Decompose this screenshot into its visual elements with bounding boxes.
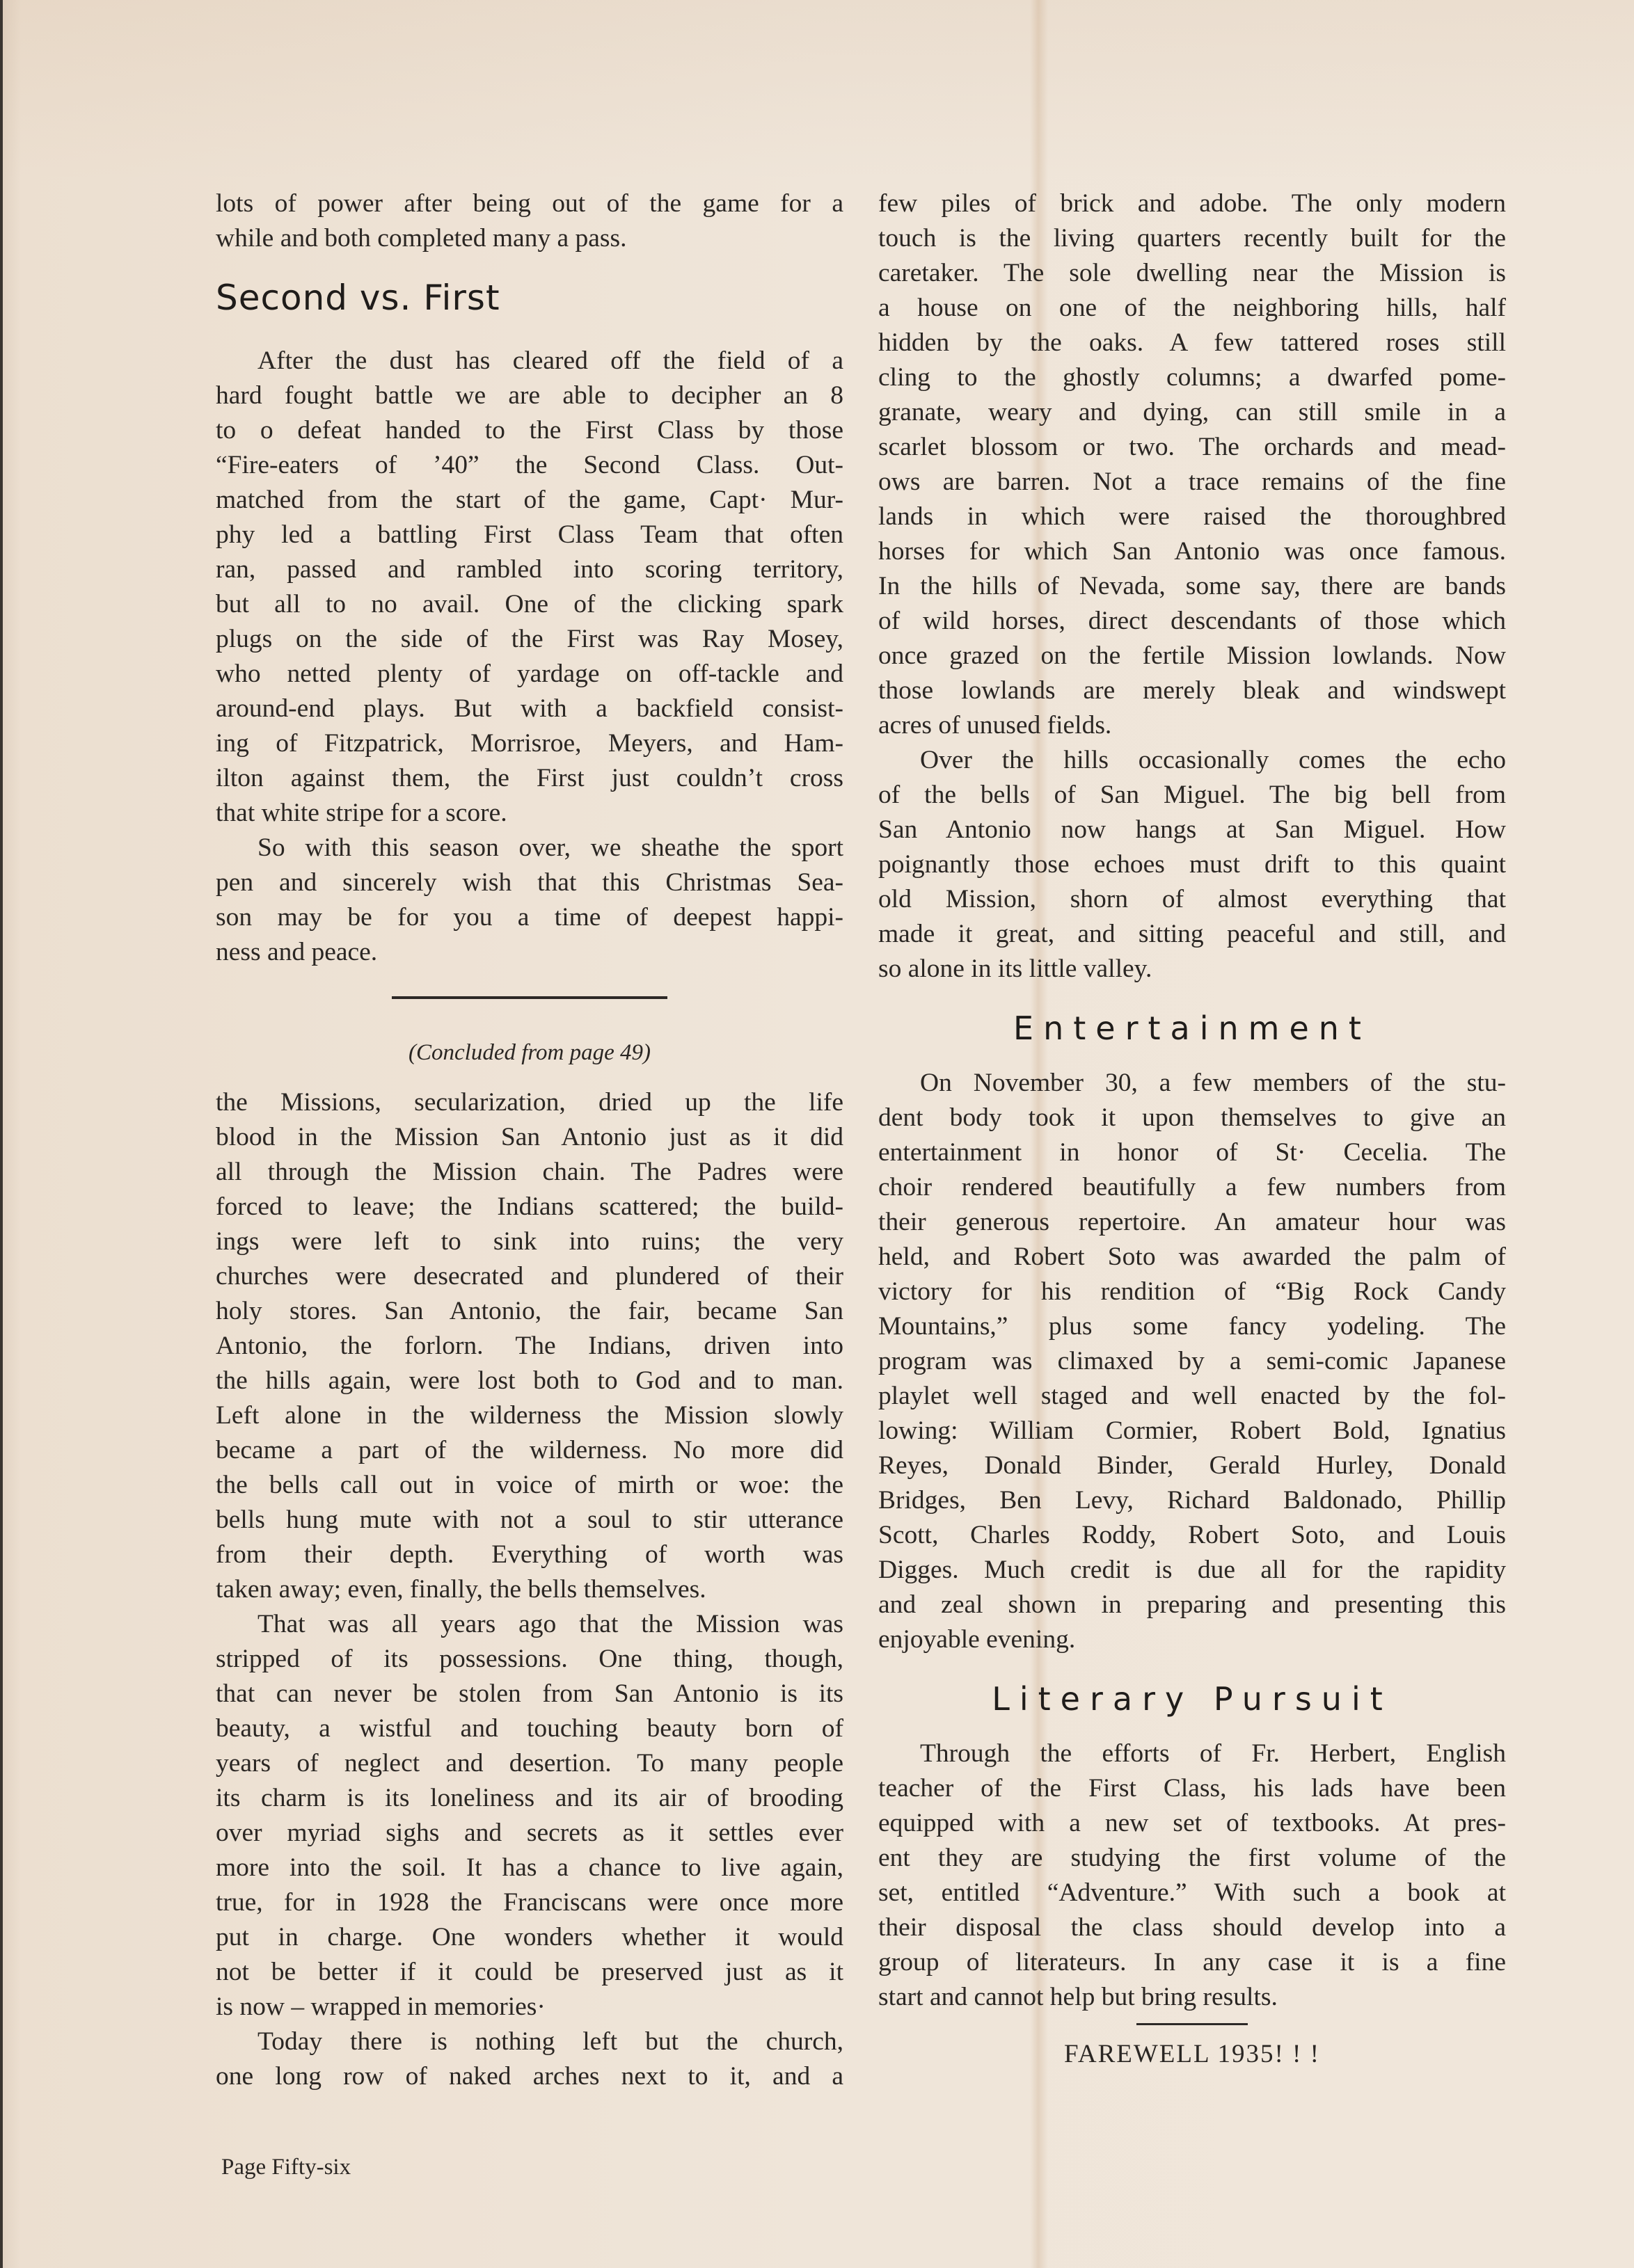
text-line: phy led a battling First Class Team that… <box>216 518 843 552</box>
text-line: its charm is its loneliness and its air … <box>216 1781 843 1816</box>
text-line: over myriad sighs and secrets as it sett… <box>216 1816 843 1851</box>
concluded-note: (Concluded from page 49) <box>216 1035 843 1070</box>
heading-literary-pursuit: Literary Pursuit <box>878 1678 1506 1720</box>
text-line: scarlet blossom or two. The orchards and… <box>878 430 1506 465</box>
text-line: holy stores. San Antonio, the fair, beca… <box>216 1294 843 1329</box>
page-binding-edge <box>0 0 3 2268</box>
text-line: ing of Fitzpatrick, Morrisroe, Meyers, a… <box>216 726 843 761</box>
text-line: but all to no avail. One of the clicking… <box>216 587 843 622</box>
text-line: granate, weary and dying, can still smil… <box>878 395 1506 430</box>
text-line: hard fought battle we are able to deciph… <box>216 378 843 413</box>
text-line: bells hung mute with not a soul to stir … <box>216 1503 843 1538</box>
text-line: their generous repertoire. An amateur ho… <box>878 1205 1506 1240</box>
text-line: dent body took it upon themselves to giv… <box>878 1101 1506 1135</box>
text-line: enjoyable evening. <box>878 1622 1506 1657</box>
text-line: churches were desecrated and plundered o… <box>216 1259 843 1294</box>
left-column: lots of power after being out of the gam… <box>216 186 843 2094</box>
text-line: ilton against them, the First just could… <box>216 761 843 796</box>
text-line: horses for which San Antonio was once fa… <box>878 534 1506 569</box>
text-line: So with this season over, we sheathe the… <box>216 831 843 865</box>
text-line: acres of unused fields. <box>878 708 1506 743</box>
text-line: pen and sincerely wish that this Christm… <box>216 865 843 900</box>
text-line: the Missions, secularization, dried up t… <box>216 1085 843 1120</box>
text-line: of wild horses, direct descendants of th… <box>878 604 1506 639</box>
text-line: cling to the ghostly columns; a dwarfed … <box>878 360 1506 395</box>
text-line: all through the Mission chain. The Padre… <box>216 1155 843 1190</box>
text-line: Antonio, the forlorn. The Indians, drive… <box>216 1329 843 1364</box>
text-line: old Mission, shorn of almost everything … <box>878 882 1506 917</box>
text-line: San Antonio now hangs at San Miguel. How <box>878 813 1506 847</box>
text-line: that white stripe for a score. <box>216 796 843 831</box>
text-line: so alone in its little valley. <box>878 952 1506 987</box>
heading-entertainment: Entertainment <box>878 1007 1506 1049</box>
text-line: Left alone in the wilderness the Mission… <box>216 1398 843 1433</box>
section-divider <box>392 996 667 999</box>
heading-second-vs-first: Second vs. First <box>216 277 843 319</box>
text-line: beauty, a wistful and touching beauty bo… <box>216 1711 843 1746</box>
text-line: entertainment in honor of St· Cecelia. T… <box>878 1135 1506 1170</box>
text-line: forced to leave; the Indians scattered; … <box>216 1190 843 1224</box>
sports-paragraph-2: So with this season over, we sheathe the… <box>216 831 843 970</box>
mission-continued-paragraph-1: few piles of brick and adobe. The only m… <box>878 186 1506 743</box>
text-line: poignantly those echoes must drift to th… <box>878 847 1506 882</box>
text-line: of the bells of San Miguel. The big bell… <box>878 778 1506 813</box>
mission-continued-paragraph-2: Over the hills occasionally comes the ec… <box>878 743 1506 987</box>
text-line: the hills again, were lost both to God a… <box>216 1364 843 1398</box>
text-line: lowing: William Cormier, Robert Bold, Ig… <box>878 1414 1506 1448</box>
text-line: touch is the living quarters recently bu… <box>878 221 1506 256</box>
text-line: from their depth. Everything of worth wa… <box>216 1538 843 1572</box>
text-line: stripped of its possessions. One thing, … <box>216 1642 843 1677</box>
text-line: one long row of naked arches next to it,… <box>216 2059 843 2094</box>
farewell-text: FAREWELL 1935! ! ! <box>878 2039 1506 2069</box>
text-line: plugs on the side of the First was Ray M… <box>216 622 843 657</box>
text-line: around-end plays. But with a backfield c… <box>216 692 843 726</box>
page-number-footer: Page Fifty-six <box>221 2155 351 2180</box>
text-line: equipped with a new set of textbooks. At… <box>878 1806 1506 1841</box>
literary-paragraph: Through the efforts of Fr. Herbert, Engl… <box>878 1736 1506 2015</box>
sports-continuation: lots of power after being out of the gam… <box>216 186 843 256</box>
mission-paragraph-1: the Missions, secularization, dried up t… <box>216 1085 843 1607</box>
text-line: lands in which were raised the thoroughb… <box>878 500 1506 534</box>
text-line: That was all years ago that the Mission … <box>216 1607 843 1642</box>
text-line: true, for in 1928 the Franciscans were o… <box>216 1885 843 1920</box>
text-line: a house on one of the neighboring hills,… <box>878 291 1506 326</box>
text-line: to o defeat handed to the First Class by… <box>216 413 843 448</box>
text-line: victory for his rendition of “Big Rock C… <box>878 1275 1506 1309</box>
text-line: not be better if it could be preserved j… <box>216 1955 843 1990</box>
text-line: blood in the Mission San Antonio just as… <box>216 1120 843 1155</box>
text-line: that can never be stolen from San Antoni… <box>216 1677 843 1711</box>
text-line: start and cannot help but bring results. <box>878 1980 1506 2015</box>
text-line: son may be for you a time of deepest hap… <box>216 900 843 935</box>
entertainment-paragraph: On November 30, a few members of the stu… <box>878 1066 1506 1657</box>
text-line: Through the efforts of Fr. Herbert, Engl… <box>878 1736 1506 1771</box>
text-line: became a part of the wilderness. No more… <box>216 1433 843 1468</box>
text-line: their disposal the class should develop … <box>878 1910 1506 1945</box>
text-line: group of literateurs. In any case it is … <box>878 1945 1506 1980</box>
text-line: hidden by the oaks. A few tattered roses… <box>878 326 1506 360</box>
text-line: Today there is nothing left but the chur… <box>216 2025 843 2059</box>
text-line: put in charge. One wonders whether it wo… <box>216 1920 843 1955</box>
text-line: while and both completed many a pass. <box>216 221 843 256</box>
text-line: lots of power after being out of the gam… <box>216 186 843 221</box>
text-line: set, entitled “Adventure.” With such a b… <box>878 1876 1506 1910</box>
sports-paragraph-1: After the dust has cleared off the field… <box>216 344 843 831</box>
text-line: matched from the start of the game, Capt… <box>216 483 843 518</box>
text-line: ings were left to sink into ruins; the v… <box>216 1224 843 1259</box>
text-line: taken away; even, finally, the bells the… <box>216 1572 843 1607</box>
text-line: After the dust has cleared off the field… <box>216 344 843 378</box>
text-line: program was climaxed by a semi-comic Jap… <box>878 1344 1506 1379</box>
text-line: teacher of the First Class, his lads hav… <box>878 1771 1506 1806</box>
text-line: ran, passed and rambled into scoring ter… <box>216 552 843 587</box>
text-line: those lowlands are merely bleak and wind… <box>878 673 1506 708</box>
text-line: Over the hills occasionally comes the ec… <box>878 743 1506 778</box>
text-line: Scott, Charles Roddy, Robert Soto, and L… <box>878 1518 1506 1553</box>
text-line: caretaker. The sole dwelling near the Mi… <box>878 256 1506 291</box>
text-line: more into the soil. It has a chance to l… <box>216 1851 843 1885</box>
mission-paragraph-3: Today there is nothing left but the chur… <box>216 2025 843 2094</box>
mission-paragraph-2: That was all years ago that the Mission … <box>216 1607 843 2025</box>
text-line: few piles of brick and adobe. The only m… <box>878 186 1506 221</box>
text-line: Reyes, Donald Binder, Gerald Hurley, Don… <box>878 1448 1506 1483</box>
text-line: On November 30, a few members of the stu… <box>878 1066 1506 1101</box>
farewell-divider <box>1136 2023 1248 2025</box>
text-line: who netted plenty of yardage on off-tack… <box>216 657 843 692</box>
text-line: Mountains,” plus some fancy yodeling. Th… <box>878 1309 1506 1344</box>
text-line: Bridges, Ben Levy, Richard Baldonado, Ph… <box>878 1483 1506 1518</box>
text-line: ent they are studying the first volume o… <box>878 1841 1506 1876</box>
text-line: once grazed on the fertile Mission lowla… <box>878 639 1506 673</box>
text-line: Digges. Much credit is due all for the r… <box>878 1553 1506 1588</box>
text-line: choir rendered beautifully a few numbers… <box>878 1170 1506 1205</box>
text-line: held, and Robert Soto was awarded the pa… <box>878 1240 1506 1275</box>
right-column: few piles of brick and adobe. The only m… <box>878 186 1506 2069</box>
text-line: playlet well staged and well enacted by … <box>878 1379 1506 1414</box>
text-line: ows are barren. Not a trace remains of t… <box>878 465 1506 500</box>
text-line: In the hills of Nevada, some say, there … <box>878 569 1506 604</box>
text-line: ness and peace. <box>216 935 843 970</box>
text-line: the bells call out in voice of mirth or … <box>216 1468 843 1503</box>
text-line: is now – wrapped in memories· <box>216 1990 843 2025</box>
text-line: “Fire-eaters of ’40” the Second Class. O… <box>216 448 843 483</box>
text-line: years of neglect and desertion. To many … <box>216 1746 843 1781</box>
text-line: made it great, and sitting peaceful and … <box>878 917 1506 952</box>
text-line: and zeal shown in preparing and presenti… <box>878 1588 1506 1622</box>
